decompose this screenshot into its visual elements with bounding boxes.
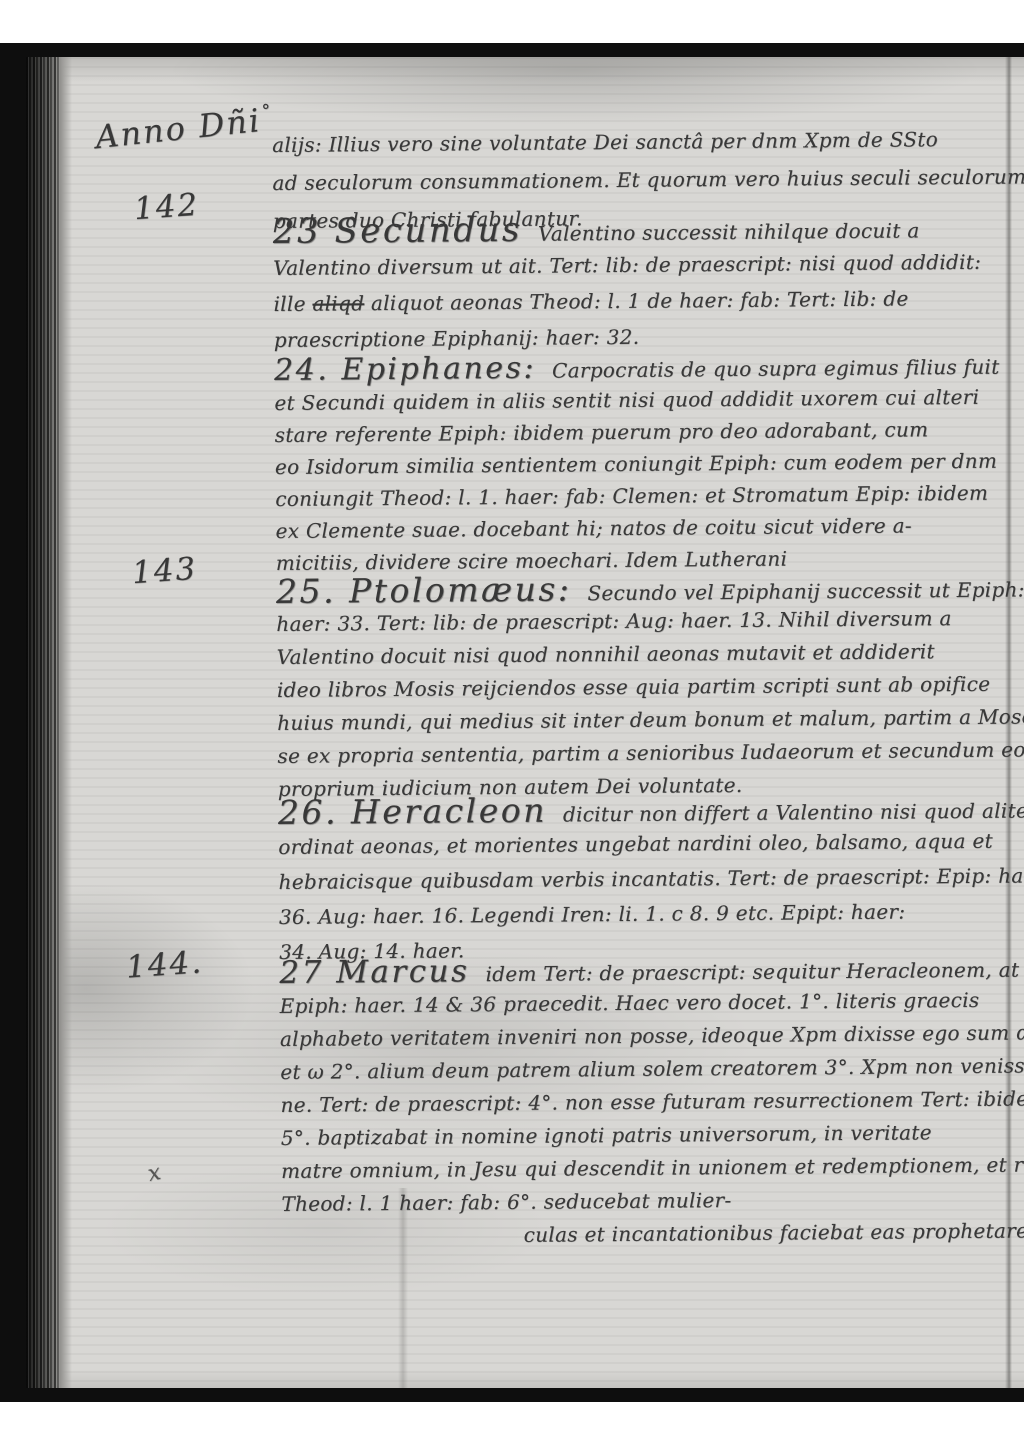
- text-line: ad seculorum consummationem. Et quorum v…: [272, 158, 988, 202]
- entry-27-body: Epiph: haer. 14 & 36 praecedit. Haec ver…: [280, 984, 998, 1254]
- entry-27-heading: 27 Marcus: [279, 955, 469, 990]
- margin-number-142: 142: [133, 187, 201, 227]
- text-line: matre omnium, in Jesu qui descendit in u…: [281, 1149, 997, 1188]
- entry-26-heracleon: 26. Heracleon dicitur non differt a Vale…: [278, 789, 995, 970]
- entry-24-body: et Secundi quidem in aliis sentit nisi q…: [274, 381, 992, 579]
- entry-26-body: ordinat aeonas, et morientes ungebat nar…: [278, 824, 995, 970]
- text-line: 36. Aug: haer. 16. Legendi Iren: li. 1. …: [279, 894, 995, 935]
- photo-background: Anno Dñi° 142 143 144. x alijs: Illius v…: [0, 43, 1024, 1402]
- strikethrough-word: aliqd: [312, 291, 364, 315]
- text-line: ex Clemente suae. docebant hi; natos de …: [275, 509, 991, 547]
- anno-domini-label: Anno Dñi°: [94, 100, 276, 156]
- text-segment: aliquot aeonas Theod: l. 1 de haer: fab:…: [364, 286, 908, 315]
- text-line: culas et incantationibus faciebat eas pr…: [282, 1215, 998, 1254]
- text-line: se ex propria sententia, partim a senior…: [277, 734, 993, 773]
- entry-26-heading: 26. Heracleon: [278, 793, 547, 830]
- entry-24-epiphanes: 24. Epiphanes: Carpocratis de quo supra …: [274, 349, 992, 579]
- entry-23-body: Valentino diversum ut ait. Tert: lib: de…: [273, 244, 990, 358]
- entry-25-body: haer: 33. Tert: lib: de praescript: Aug:…: [276, 602, 994, 806]
- manuscript-text-block: alijs: Illius vero sine voluntate Dei sa…: [272, 120, 988, 126]
- entry-27-marcus: 27 Marcus idem Tert: de praescript: sequ…: [279, 951, 998, 1254]
- entry-23-secundus: 23 Secundus Valentino successit nihilque…: [273, 208, 990, 358]
- text-segment: ille: [273, 292, 312, 316]
- entry-25-ptolomaeus: 25. Ptolomæus: Secundo vel Epiphanij suc…: [276, 569, 994, 806]
- entry-25-heading: 25. Ptolomæus:: [276, 572, 572, 608]
- anno-domini-text: Anno Dñi: [94, 101, 263, 156]
- entry-24-heading: 24. Epiphanes:: [274, 353, 536, 387]
- entry-heading-line: 23 Secundus Valentino successit nihilque…: [273, 208, 989, 250]
- margin-number-144: 144.: [125, 944, 204, 985]
- text-line: alijs: Illius vero sine voluntate Dei sa…: [272, 120, 988, 164]
- entry-23-heading: 23 Secundus: [273, 212, 522, 250]
- margin-number-143: 143: [131, 551, 199, 591]
- text-line: Valentino diversum ut ait. Tert: lib: de…: [273, 244, 989, 286]
- margin-cross-mark: x: [146, 1160, 163, 1187]
- book-gutter-page-edges: [26, 57, 72, 1388]
- manuscript-page: Anno Dñi° 142 143 144. x alijs: Illius v…: [26, 57, 1024, 1388]
- anno-superscript-mark: °: [261, 101, 274, 122]
- text-line: ille aliqd aliquot aeonas Theod: l. 1 de…: [273, 280, 989, 322]
